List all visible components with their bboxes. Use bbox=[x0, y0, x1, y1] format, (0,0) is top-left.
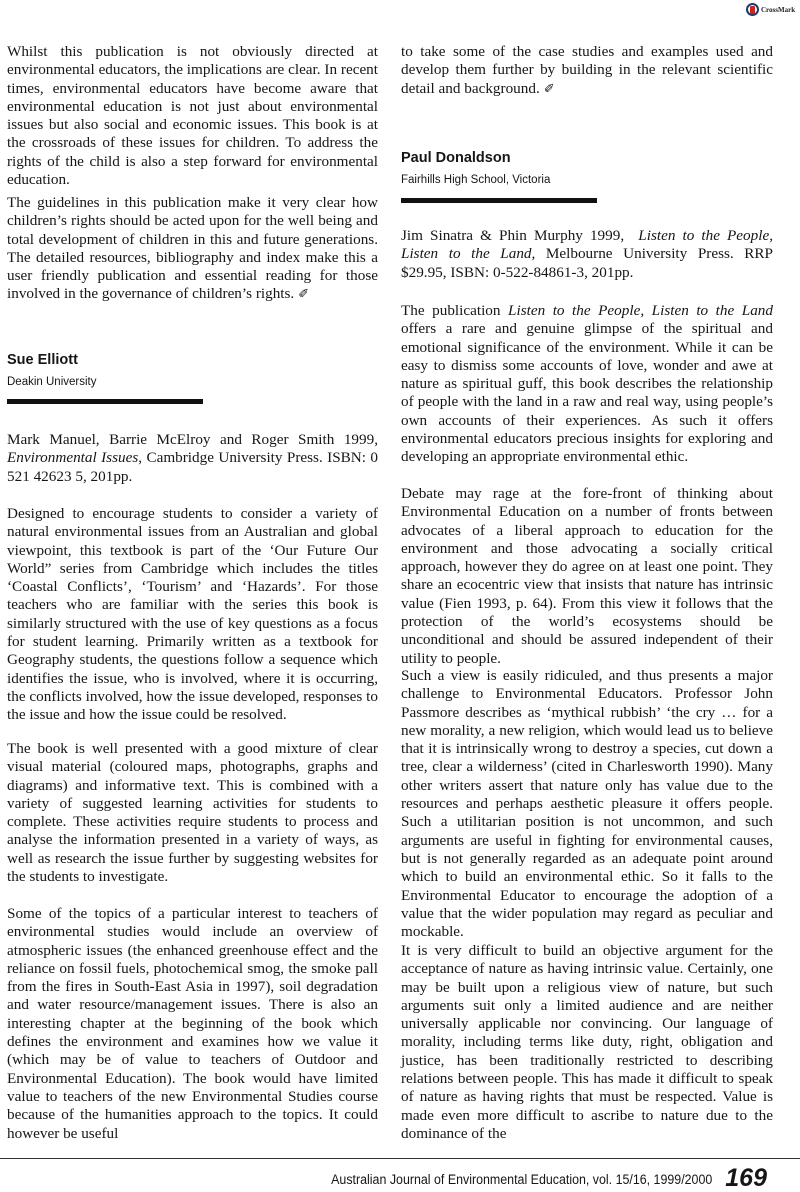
right-paragraph-1: to take some of the case studies and exa… bbox=[401, 43, 773, 99]
crossmark-icon bbox=[746, 3, 759, 16]
page-number: 169 bbox=[725, 1164, 767, 1192]
citation-authors: Mark Manuel, Barrie McElroy and Roger Sm… bbox=[7, 431, 378, 448]
book-title-inline: Listen to the People, Listen to the Land bbox=[508, 302, 773, 319]
reviewer-name: Paul Donaldson bbox=[401, 150, 511, 166]
book-citation-environmental-issues: Mark Manuel, Barrie McElroy and Roger Sm… bbox=[7, 431, 378, 486]
right-paragraph-2-lead: The publication bbox=[401, 302, 508, 319]
section-divider-rule bbox=[401, 198, 597, 203]
reviewer-affiliation: Fairhills High School, Victoria bbox=[401, 174, 550, 186]
left-paragraph-4: The book is well presented with a good m… bbox=[7, 740, 378, 886]
end-of-review-icon: ✐ bbox=[544, 81, 555, 99]
left-paragraph-2-text: The guidelines in this publication make … bbox=[7, 194, 378, 302]
reviewer-name: Sue Elliott bbox=[7, 352, 78, 368]
citation-title: Environmental Issues bbox=[7, 449, 138, 466]
left-paragraph-5: Some of the topics of a particular inter… bbox=[7, 905, 378, 1143]
left-paragraph-1: Whilst this publication is not obviously… bbox=[7, 43, 378, 189]
left-paragraph-3: Designed to encourage students to consid… bbox=[7, 505, 378, 725]
right-paragraph-4: Such a view is easily ridiculed, and thu… bbox=[401, 667, 773, 941]
reviewer-affiliation: Deakin University bbox=[7, 376, 96, 388]
right-paragraph-2: The publication Listen to the People, Li… bbox=[401, 302, 773, 467]
crossmark-label: CrossMark bbox=[761, 6, 795, 14]
right-paragraph-1-text: to take some of the case studies and exa… bbox=[401, 43, 773, 97]
journal-citation-footer: Australian Journal of Environmental Educ… bbox=[331, 1172, 712, 1187]
right-paragraph-5: It is very difficult to build an objecti… bbox=[401, 942, 773, 1143]
left-paragraph-2: The guidelines in this publication make … bbox=[7, 194, 378, 305]
citation-authors: Jim Sinatra & Phin Murphy 1999, bbox=[401, 227, 624, 244]
right-paragraph-2-body: offers a rare and genuine glimpse of the… bbox=[401, 320, 773, 465]
book-citation-listen-to-the-people: Jim Sinatra & Phin Murphy 1999, Listen t… bbox=[401, 227, 773, 282]
footer-rule bbox=[0, 1158, 800, 1159]
crossmark-badge[interactable]: CrossMark bbox=[746, 3, 795, 16]
right-paragraph-3: Debate may rage at the fore-front of thi… bbox=[401, 485, 773, 668]
end-of-review-icon: ✐ bbox=[298, 286, 309, 304]
section-divider-rule bbox=[7, 399, 203, 404]
